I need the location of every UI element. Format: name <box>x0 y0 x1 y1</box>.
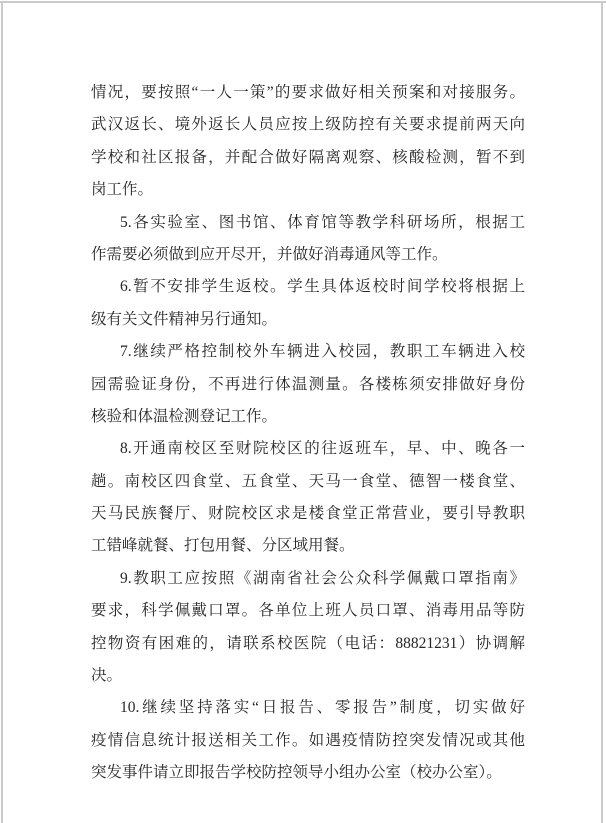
text-line: 疫情信息统计报送相关工作。如遇疫情防控突发情况或其他 <box>91 725 525 757</box>
text-line: 控物资有困难的，请联系校医院（电话：88821231）协调解 <box>91 628 525 660</box>
text-line: 要求，科学佩戴口罩。各单位上班人员口罩、消毒用品等防 <box>91 595 525 627</box>
text-line: 9.教职工应按照《湖南省社会公众科学佩戴口罩指南》 <box>91 563 525 595</box>
paragraph-item-9: 9.教职工应按照《湖南省社会公众科学佩戴口罩指南》 要求，科学佩戴口罩。各单位上… <box>91 563 525 693</box>
text-line: 6.暂不安排学生返校。学生具体返校时间学校将根据上 <box>91 271 525 303</box>
text-line: 10.继续坚持落实“日报告、零报告”制度，切实做好 <box>91 692 525 724</box>
text-line: 5.各实验室、图书馆、体育馆等教学科研场所，根据工 <box>91 207 525 239</box>
paragraph-item-5: 5.各实验室、图书馆、体育馆等教学科研场所，根据工 作需要必须做到应开尽开，并做… <box>91 207 525 272</box>
text-line: 天马民族餐厅、财院校区求是楼食堂正常营业，要引导教职 <box>91 498 525 530</box>
paragraph-continuation: 情况，要按照“一人一策”的要求做好相关预案和对接服务。 武汉返长、境外返长人员应… <box>91 77 525 207</box>
text-line: 工错峰就餐、打包用餐、分区域用餐。 <box>91 530 525 562</box>
text-line: 学校和社区报备，并配合做好隔离观察、核酸检测，暂不到 <box>91 142 525 174</box>
text-line: 园需验证身份，不再进行体温测量。各楼栋须安排做好身份 <box>91 369 525 401</box>
paragraph-item-8: 8.开通南校区至财院校区的往返班车，早、中、晚各一 趟。南校区四食堂、五食堂、天… <box>91 433 525 563</box>
text-line: 情况，要按照“一人一策”的要求做好相关预案和对接服务。 <box>91 77 525 109</box>
text-line: 决。 <box>91 660 525 692</box>
text-line: 岗工作。 <box>91 174 525 206</box>
text-line: 趟。南校区四食堂、五食堂、天马一食堂、德智一楼食堂、 <box>91 466 525 498</box>
paragraph-item-6: 6.暂不安排学生返校。学生具体返校时间学校将根据上 级有关文件精神另行通知。 <box>91 271 525 336</box>
text-line: 7.继续严格控制校外车辆进入校园，教职工车辆进入校 <box>91 336 525 368</box>
document-text-block: 情况，要按照“一人一策”的要求做好相关预案和对接服务。 武汉返长、境外返长人员应… <box>91 77 525 790</box>
text-line: 作需要必须做到应开尽开，并做好消毒通风等工作。 <box>91 239 525 271</box>
paragraph-item-7: 7.继续严格控制校外车辆进入校园，教职工车辆进入校 园需验证身份，不再进行体温测… <box>91 336 525 433</box>
paragraph-item-10: 10.继续坚持落实“日报告、零报告”制度，切实做好 疫情信息统计报送相关工作。如… <box>91 692 525 789</box>
text-line: 武汉返长、境外返长人员应按上级防控有关要求提前两天向 <box>91 109 525 141</box>
text-line: 级有关文件精神另行通知。 <box>91 304 525 336</box>
text-line: 8.开通南校区至财院校区的往返班车，早、中、晚各一 <box>91 433 525 465</box>
document-page: 情况，要按照“一人一策”的要求做好相关预案和对接服务。 武汉返长、境外返长人员应… <box>1 1 603 823</box>
text-line: 突发事件请立即报告学校防控领导小组办公室（校办公室）。 <box>91 757 525 789</box>
text-line: 核验和体温检测登记工作。 <box>91 401 525 433</box>
